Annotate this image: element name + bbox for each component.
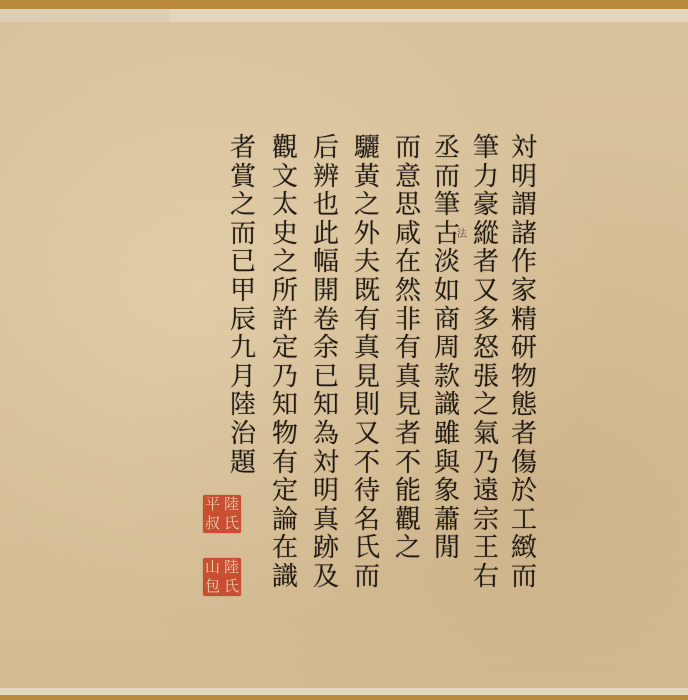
glyph: 商 <box>434 306 460 335</box>
glyph: 黃 <box>354 163 380 192</box>
glyph: 筆 <box>434 191 460 220</box>
glyph: 與 <box>434 449 460 478</box>
glyph: 対 <box>313 449 339 478</box>
glyph: 周 <box>434 334 460 363</box>
text-column-3: 丞而筆古淡如商周款識雖與象蕭閒 <box>430 134 464 563</box>
glyph: 遠 <box>473 477 499 506</box>
glyph: 雖 <box>434 420 460 449</box>
glyph: 卷 <box>313 306 339 335</box>
mount-border-bottom <box>0 695 688 700</box>
glyph: 定 <box>272 477 298 506</box>
marginal-annotation: 法 <box>457 225 467 240</box>
glyph: 者 <box>230 134 256 163</box>
glyph: 及 <box>313 563 339 592</box>
glyph: 者 <box>473 248 499 277</box>
glyph: 之 <box>395 534 421 563</box>
glyph: 開 <box>313 277 339 306</box>
glyph: 非 <box>395 306 421 335</box>
glyph: 丞 <box>434 134 460 163</box>
glyph: 為 <box>313 420 339 449</box>
glyph: 九 <box>230 334 256 363</box>
glyph: 閒 <box>434 534 460 563</box>
glyph: 象 <box>434 477 460 506</box>
glyph: 縱 <box>473 220 499 249</box>
glyph: 氣 <box>473 420 499 449</box>
glyph: 緻 <box>511 534 537 563</box>
glyph: 而 <box>511 563 537 592</box>
glyph: 之 <box>473 391 499 420</box>
seal-char: 氏 <box>222 514 241 533</box>
seal-stamp-upper: 平 陸 叔 氏 <box>203 495 241 533</box>
glyph: 真 <box>354 334 380 363</box>
glyph: 豪 <box>473 191 499 220</box>
glyph: 張 <box>473 363 499 392</box>
glyph: 作 <box>511 248 537 277</box>
glyph: 待 <box>354 477 380 506</box>
glyph: 辰 <box>230 306 256 335</box>
glyph: 見 <box>395 391 421 420</box>
glyph: 在 <box>395 248 421 277</box>
glyph: 陸 <box>230 391 256 420</box>
glyph: 真 <box>395 363 421 392</box>
glyph: 之 <box>354 191 380 220</box>
glyph: 夫 <box>354 248 380 277</box>
glyph: 文 <box>272 163 298 192</box>
glyph: 太 <box>272 191 298 220</box>
glyph: 怒 <box>473 334 499 363</box>
glyph: 研 <box>511 334 537 363</box>
glyph: 多 <box>473 306 499 335</box>
glyph: 名 <box>354 506 380 535</box>
glyph: 而 <box>354 563 380 592</box>
glyph: 賞 <box>230 163 256 192</box>
text-column-2: 筆力豪縱者又多怒張之氣乃遠宗王右 <box>469 134 503 592</box>
glyph: 而 <box>395 134 421 163</box>
glyph: 淡 <box>434 248 460 277</box>
glyph: 之 <box>272 248 298 277</box>
glyph: 題 <box>230 449 256 478</box>
glyph: 乃 <box>473 449 499 478</box>
glyph: 所 <box>272 277 298 306</box>
glyph: 知 <box>272 391 298 420</box>
glyph: 識 <box>272 563 298 592</box>
mount-strip-notch <box>0 9 170 22</box>
glyph: 而 <box>230 220 256 249</box>
glyph: 跡 <box>313 534 339 563</box>
glyph: 者 <box>511 420 537 449</box>
glyph: 傷 <box>511 449 537 478</box>
glyph: 物 <box>272 420 298 449</box>
glyph: 力 <box>473 163 499 192</box>
glyph: 乃 <box>272 363 298 392</box>
seal-char: 陸 <box>222 558 241 577</box>
glyph: 不 <box>354 449 380 478</box>
seal-char: 平 <box>203 495 222 514</box>
glyph: 工 <box>511 506 537 535</box>
glyph: 余 <box>313 334 339 363</box>
glyph: 蕭 <box>434 506 460 535</box>
glyph: 甲 <box>230 277 256 306</box>
mount-strip-top <box>0 9 688 22</box>
glyph: 王 <box>473 534 499 563</box>
paper-background <box>0 22 688 688</box>
glyph: 又 <box>354 420 380 449</box>
glyph: 真 <box>313 506 339 535</box>
glyph: 款 <box>434 363 460 392</box>
mount-border-top <box>0 0 688 9</box>
seal-char: 陸 <box>222 495 241 514</box>
glyph: 觀 <box>395 506 421 535</box>
text-column-1: 対明謂諸作家精研物態者傷於工緻而 <box>507 134 541 592</box>
glyph: 思 <box>395 191 421 220</box>
glyph: 則 <box>354 391 380 420</box>
glyph: 外 <box>354 220 380 249</box>
glyph: 觀 <box>272 134 298 163</box>
glyph: 而 <box>434 163 460 192</box>
glyph: 治 <box>230 420 256 449</box>
glyph: 咸 <box>395 220 421 249</box>
glyph: 物 <box>511 363 537 392</box>
glyph: 也 <box>313 191 339 220</box>
glyph: 論 <box>272 506 298 535</box>
seal-char: 氏 <box>222 577 241 596</box>
glyph: 辨 <box>313 163 339 192</box>
glyph: 謂 <box>511 191 537 220</box>
glyph: 如 <box>434 277 460 306</box>
glyph: 於 <box>511 477 537 506</box>
glyph: 者 <box>395 420 421 449</box>
glyph: 精 <box>511 306 537 335</box>
text-column-8-signature: 者賞之而已甲辰九月陸治題 <box>226 134 260 477</box>
glyph: 許 <box>272 306 298 335</box>
glyph: 驪 <box>354 134 380 163</box>
glyph: 明 <box>511 163 537 192</box>
glyph: 態 <box>511 391 537 420</box>
text-column-5: 驪黃之外夫既有真見則又不待名氏而 <box>350 134 384 592</box>
glyph: 見 <box>354 363 380 392</box>
seal-char: 包 <box>203 577 222 596</box>
seal-char: 山 <box>203 558 222 577</box>
glyph: 意 <box>395 163 421 192</box>
glyph: 明 <box>313 477 339 506</box>
glyph: 知 <box>313 391 339 420</box>
glyph: 然 <box>395 277 421 306</box>
glyph: 有 <box>395 334 421 363</box>
glyph: 有 <box>354 306 380 335</box>
text-column-4: 而意思咸在然非有真見者不能觀之 <box>391 134 425 563</box>
glyph: 之 <box>230 191 256 220</box>
glyph: 有 <box>272 449 298 478</box>
glyph: 在 <box>272 534 298 563</box>
glyph: 此 <box>313 220 339 249</box>
glyph: 后 <box>313 134 339 163</box>
glyph: 宗 <box>473 506 499 535</box>
glyph: 幅 <box>313 248 339 277</box>
glyph: 家 <box>511 277 537 306</box>
glyph: 已 <box>230 248 256 277</box>
seal-char: 叔 <box>203 514 222 533</box>
glyph: 氏 <box>354 534 380 563</box>
glyph: 不 <box>395 449 421 478</box>
glyph: 右 <box>473 563 499 592</box>
mount-strip-bottom <box>0 688 688 695</box>
seal-stamp-lower: 山 陸 包 氏 <box>203 558 241 596</box>
glyph: 対 <box>511 134 537 163</box>
glyph: 定 <box>272 334 298 363</box>
text-column-6: 后辨也此幅開卷余已知為対明真跡及 <box>309 134 343 592</box>
glyph: 諸 <box>511 220 537 249</box>
glyph: 既 <box>354 277 380 306</box>
glyph: 筆 <box>473 134 499 163</box>
glyph: 識 <box>434 391 460 420</box>
text-column-7: 觀文太史之所許定乃知物有定論在識 <box>268 134 302 592</box>
glyph: 又 <box>473 277 499 306</box>
glyph: 能 <box>395 477 421 506</box>
glyph: 月 <box>230 363 256 392</box>
glyph: 已 <box>313 363 339 392</box>
glyph: 史 <box>272 220 298 249</box>
